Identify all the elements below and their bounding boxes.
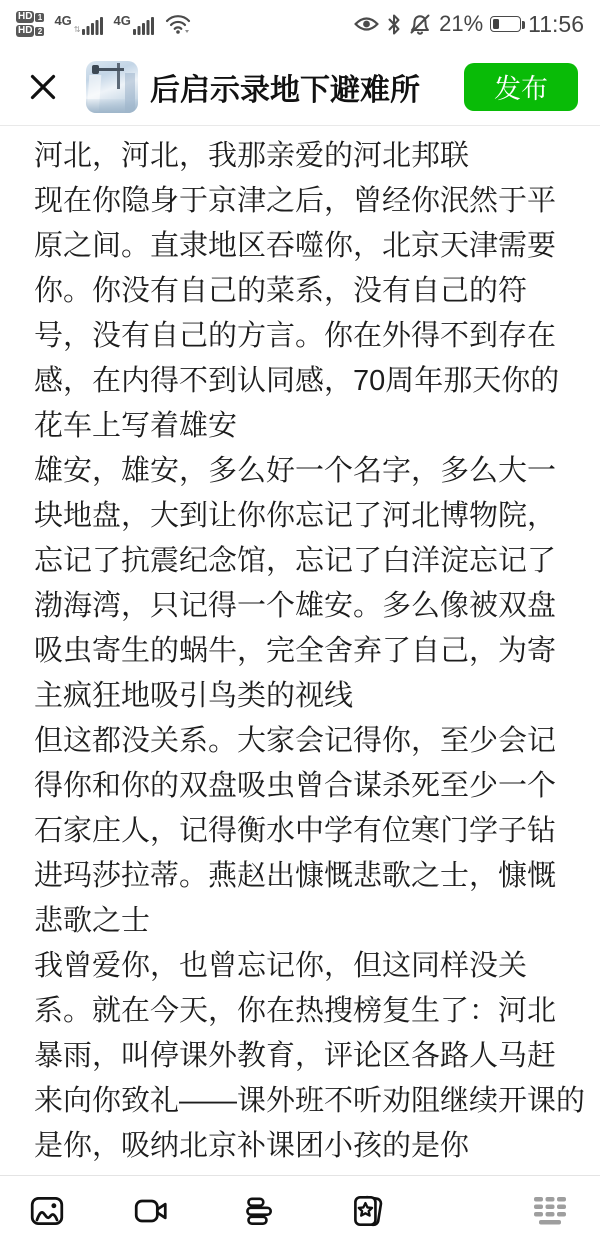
text-line: 进玛莎拉蒂。燕赵出慷慨悲歌之士，慷慨	[34, 854, 566, 899]
text-line: 吸虫寄生的蜗牛，完全舍弃了自己，为寄	[34, 629, 566, 674]
text-line: 我曾爱你，也曾忘记你，但这同样没关	[34, 944, 566, 989]
text-line: 忘记了抗震纪念馆，忘记了白洋淀忘记了	[34, 539, 566, 584]
text-line: 但这都没关系。大家会记得你，至少会记	[34, 719, 566, 764]
note-thumbnail-image[interactable]	[86, 61, 138, 113]
sim1-signal: 4G ⇅	[54, 14, 103, 35]
close-x-icon	[28, 72, 58, 102]
photo-icon	[28, 1192, 66, 1230]
text-line: 渤海湾，只记得一个雄安。多么像被双盘	[34, 584, 566, 629]
note-title: 后启示录地下避难所	[150, 65, 464, 109]
data-arrows-icon: ⇅	[74, 25, 80, 34]
text-line: 现在你隐身于京津之后，曾经你泯然于平	[34, 179, 566, 224]
insert-video-button[interactable]	[128, 1188, 174, 1234]
signal-bars-icon	[82, 15, 104, 35]
text-line: 感，在内得不到认同感，70周年那天你的	[34, 359, 566, 404]
hd1-badge: HD	[16, 11, 34, 23]
battery-icon	[490, 16, 521, 32]
text-line: 主疯狂地吸引鸟类的视线	[34, 674, 566, 719]
text-line: 花车上写着雄安	[34, 404, 566, 449]
text-line: 块地盘，大到让你你忘记了河北博物院，	[34, 494, 566, 539]
keyboard-grid-icon	[530, 1192, 570, 1230]
signal-bars-icon	[133, 15, 155, 35]
text-line: 来向你致礼——课外班不听劝阻继续开课的	[34, 1079, 566, 1124]
format-align-icon	[239, 1192, 277, 1230]
battery-percent: 21%	[439, 11, 483, 37]
eye-comfort-icon	[353, 14, 380, 34]
text-line: 河北，河北，我那亲爱的河北邦联	[34, 134, 566, 179]
video-icon	[132, 1192, 170, 1230]
text-line: 石家庄人，记得衡水中学有位寒门学子钻	[34, 809, 566, 854]
clock: 11:56	[528, 11, 584, 38]
sticker-button[interactable]	[344, 1188, 390, 1234]
bluetooth-icon	[387, 13, 401, 36]
mute-bell-icon	[408, 13, 432, 36]
status-bar: HD 1 HD 2 4G ⇅ 4G	[0, 0, 600, 48]
text-line: 号，没有自己的方言。你在外得不到存在	[34, 314, 566, 359]
text-line: 是你，吸纳北京补课团小孩的是你	[34, 1124, 566, 1169]
sticker-card-icon	[348, 1192, 386, 1230]
editor-toolbar	[0, 1175, 600, 1246]
hd2-badge: HD	[16, 25, 34, 37]
close-button[interactable]	[26, 70, 60, 104]
sim2-signal: 4G	[114, 14, 155, 35]
text-line: 得你和你的双盘吸虫曾合谋杀死至少一个	[34, 764, 566, 809]
text-line: 雄安，雄安，多么好一个名字，多么大一	[34, 449, 566, 494]
text-line: 原之间。直隶地区吞噬你，北京天津需要	[34, 224, 566, 269]
hd-volte-badges: HD 1 HD 2	[16, 11, 44, 37]
composer-header: 后启示录地下避难所 发布	[0, 48, 600, 126]
text-line: 悲歌之士	[34, 899, 566, 944]
text-line: 你。你没有自己的菜系，没有自己的符	[34, 269, 566, 314]
publish-button[interactable]: 发布	[464, 63, 578, 111]
text-line: 系。就在今天，你在热搜榜复生了：河北	[34, 989, 566, 1034]
wifi-icon	[165, 13, 191, 35]
format-button[interactable]	[235, 1188, 281, 1234]
text-line: 暴雨，叫停课外教育，评论区各路人马赶	[34, 1034, 566, 1079]
note-body-editor[interactable]: 河北，河北，我那亲爱的河北邦联 现在你隐身于京津之后，曾经你泯然于平 原之间。直…	[0, 126, 600, 1169]
hide-keyboard-button[interactable]	[527, 1188, 573, 1234]
insert-photo-button[interactable]	[24, 1188, 70, 1234]
